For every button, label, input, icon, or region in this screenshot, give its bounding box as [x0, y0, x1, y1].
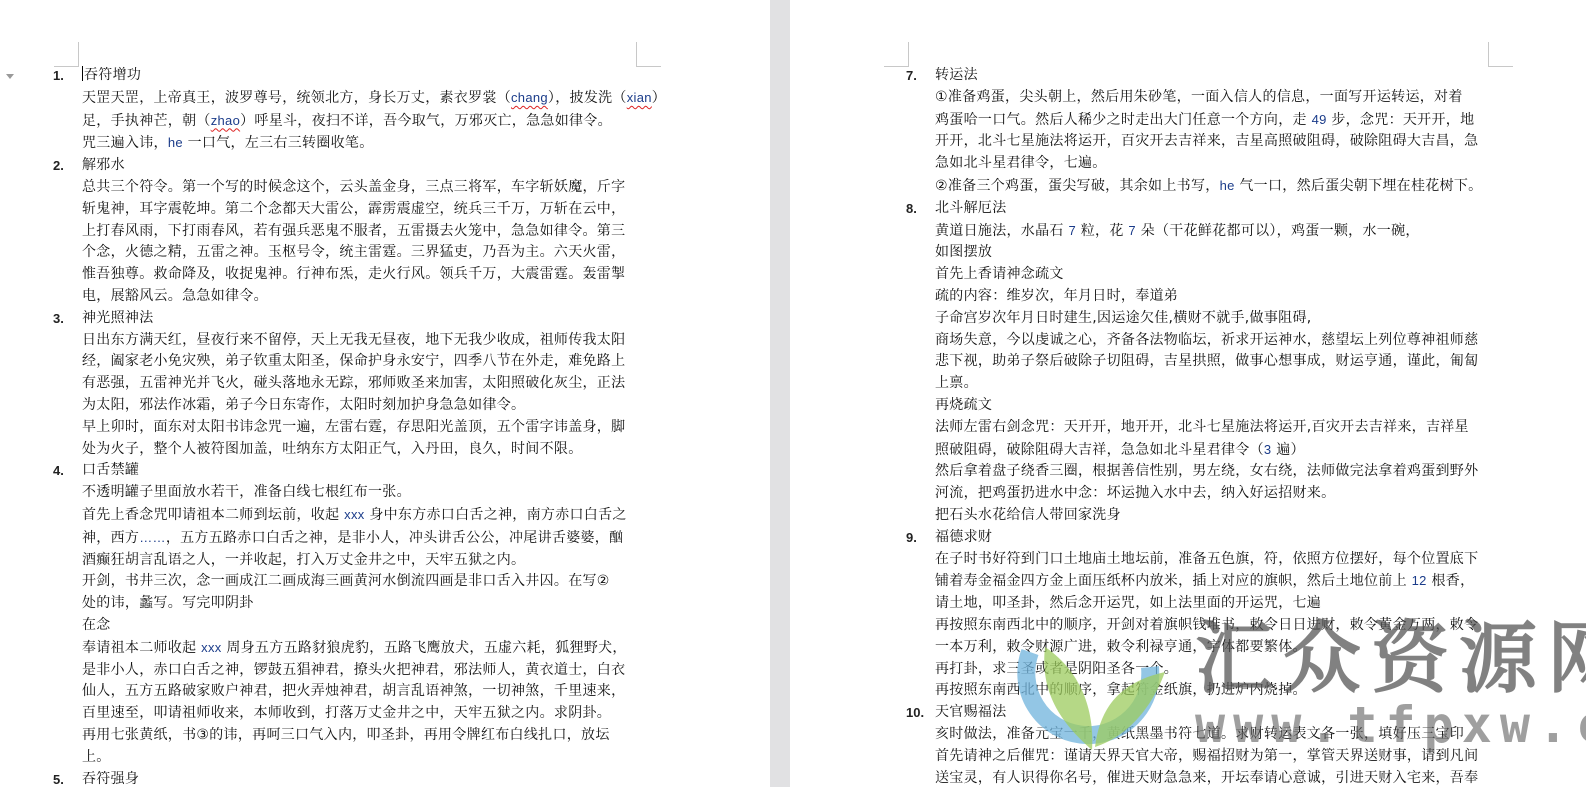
text-run: 一口气，左三右三转圈收笔。 [183, 135, 374, 151]
paragraph-line[interactable]: 再按照东南西北中的顺序，拿起符金纸旗，扔进炉内烧掉。 [935, 680, 1526, 702]
text-run: 经，阖家老小免灾殃，弟子钦重太阳圣，保命护身永安宁，四季八节在外走，难免路上 [82, 353, 625, 369]
paragraph-line[interactable]: 不透明罐子里面放水若干，准备白线七根红布一张。 [82, 482, 653, 504]
list-number: 2. [53, 155, 64, 177]
text-run: 在念 [82, 617, 111, 633]
list-number: 8. [906, 198, 917, 220]
paragraph-line[interactable]: 河流，把鸡蛋扔进水中念：坏运抛入水中去，纳入好运招财来。 [935, 483, 1526, 505]
paragraph-line[interactable]: 总共三个符令。第一个写的时候念这个，云头盖金身，三点三将军，车字斩妖魔，斤字 [82, 177, 653, 199]
section-title-text: 神光照神法 [82, 310, 154, 326]
page-gap [770, 0, 790, 787]
text-run: 百里速至，叩请祖师收来，本师收到，打落万丈金井之中，天牢五狱之内。求阴卦。 [82, 705, 611, 721]
text-run: 把石头水花给信人带回家洗身 [935, 507, 1121, 523]
list-item: 4.口舌禁罐不透明罐子里面放水若干，准备白线七根红布一张。首先上香念咒叩请祖本二… [53, 460, 653, 768]
paragraph-line[interactable]: 然后拿着盘子绕香三圈，根据善信性别，男左绕，女右绕，法师做完法拿着鸡蛋到野外 [935, 461, 1526, 483]
text-run: 惟吾独尊。救命降及，收捉鬼神。行神布炁，走火行风。领兵千万，大震雷霆。轰雷掣 [82, 266, 625, 282]
text-run: 鸡蛋哈一口气。然后人稀少之时走出大门任意一个方向，走 [935, 112, 1312, 128]
text-run: 再烧疏文 [935, 397, 992, 413]
paragraph-line[interactable]: 处的讳，蠡写。写完叩阴卦 [82, 593, 653, 615]
text-run: 在子时书好符到门口土地庙土地坛前，准备五色旗，符，依照方位摆好，每个位置底下 [935, 551, 1478, 567]
paragraph-line[interactable]: 悲下视，助弟子祭后破除子切阻碍，吉星拱照，做事心想事成，财运亨通，谨此，匍匐 [935, 351, 1526, 373]
list-item: 3.神光照神法日出东方满天红，昼夜行来不留停，天上无我无昼夜，地下无我少收成，祖… [53, 308, 653, 461]
text-run: 朵（干花鲜花都可以），鸡蛋一颗，水一碗， [1136, 223, 1420, 239]
paragraph-line[interactable]: 咒三遍入讳，he 一口气，左三右三转圈收笔。 [82, 132, 653, 155]
paragraph-line[interactable]: 再用七张黄纸，书③的讳，再呵三口气入内，叩圣卦，再用令牌红布白线扎口，放坛 [82, 725, 653, 747]
text-run: 粒，花 [1076, 223, 1128, 239]
text-run: 日出东方满天红，昼夜行来不留停，天上无我无昼夜，地下无我少收成，祖师传我太阳 [82, 332, 625, 348]
paragraph-line[interactable]: 天罡天罡，上帝真王，波罗尊号，统领北方，身长万丈，素衣罗裳（chang），披发洗… [82, 87, 653, 110]
latin-run: xian [627, 90, 652, 105]
section-title-text: 天官赐福法 [935, 704, 1007, 720]
section-title-text: 吞符增功 [84, 67, 141, 83]
paragraph-line[interactable]: 经，阖家老小免灾殃，弟子钦重太阳圣，保命护身永安宁，四季八节在外走，难免路上 [82, 351, 653, 373]
section-title[interactable]: 吞符强身 [82, 769, 653, 787]
list-item: 2.解邪水总共三个符令。第一个写的时候念这个，云头盖金身，三点三将军，车字斩妖魔… [53, 155, 653, 308]
text-run: ），披发洗（ [548, 90, 627, 106]
section-title-text: 解邪水 [82, 157, 125, 173]
section-title-text: 转运法 [935, 67, 978, 83]
paragraph-line[interactable]: 商场失意，今以虔诚之心，齐备各法物临坛，祈求开运神水，慈望坛上列位尊神祖师慈 [935, 330, 1526, 352]
text-run: 是非小人，赤口白舌之神，锣鼓五猖神君，撩头火把神君，邪法师人，黄衣道士，白衣 [82, 662, 625, 678]
paragraph-line[interactable]: 在子时书好符到门口土地庙土地坛前，准备五色旗，符，依照方位摆好，每个位置底下 [935, 549, 1526, 571]
text-run: 子命宫岁次年月日时建生,因运途欠佳,横财不就手,做事阻碍, [935, 310, 1312, 326]
text-run: 上。 [82, 749, 111, 765]
paragraph-line[interactable]: 首先上香念咒叩请祖本二师到坛前，收起 xxx 身中东方赤口白舌之神，南方赤口白舌… [82, 504, 653, 527]
paragraph-line[interactable]: 铺着寿金福金四方金上面压纸杯内放米，插上对应的旗帜，然后土地位前上 12 根香， [935, 570, 1526, 593]
text-run: 步，念咒：天开开，地 [1327, 112, 1475, 128]
paragraph-line[interactable]: 开剑，书井三次，念一画成江二画成海三画黄河水倒流四画是非口舌入井囚。在写② [82, 571, 653, 593]
margin-corner-top-left [54, 42, 79, 67]
text-run: 总共三个符令。第一个写的时候念这个，云头盖金身，三点三将军，车字斩妖魔，斤字 [82, 179, 625, 195]
latin-run: 7 [1068, 223, 1076, 238]
paragraph-line[interactable]: ①准备鸡蛋，尖头朝上，然后用朱砂笔，一面入信人的信息，一面写开运转运，对着 [935, 87, 1526, 109]
text-run: 足，手执神芒，朝（ [82, 113, 211, 129]
latin-run: xxx [344, 507, 364, 522]
paragraph-line[interactable]: ②准备三个鸡蛋，蛋尖写破，其余如上书写，he 气一口，然后蛋尖朝下埋在桂花树下。 [935, 175, 1526, 198]
paragraph-line[interactable]: 如图摆放 [935, 242, 1526, 264]
paragraph-line[interactable]: 在念 [82, 615, 653, 637]
text-run: 气一口，然后蛋尖朝下埋在桂花树下。 [1235, 178, 1483, 194]
list-item: 1.吞符增功天罡天罡，上帝真王，波罗尊号，统领北方，身长万丈，素衣罗裳（chan… [53, 65, 653, 155]
text-run: 神，西方 [82, 530, 139, 546]
text-run: 上打春风雨，下打雨春风，若有强兵恶鬼不服者，五雷摄去火笼中，急急如律令。第三 [82, 223, 625, 239]
text-run: 上禀。 [935, 375, 978, 391]
text-run: 亥时做法，准备元宝一千，黄纸黑墨书符七道。求财转运表文各一张，填好压三宝印 [935, 726, 1464, 742]
text-run: 首先上香请神念疏文 [935, 266, 1064, 282]
paragraph-line[interactable]: 开开，北斗七星施法将运开，百灾开去吉祥来，吉星高照破阻碍，破除阻碍大吉昌，急 [935, 131, 1526, 153]
text-run: 酒癫狂胡言乱语之人，一并收起，打入万丈金井之中，天牢五狱之内。 [82, 552, 525, 568]
text-run: 个念，火德之精，五雷之神。玉枢号令，统主雷霆。三界猛吏，乃吾为主。六天火雷， [82, 244, 625, 260]
latin-run: 7 [1128, 223, 1136, 238]
paragraph-line[interactable]: 日出东方满天红，昼夜行来不留停，天上无我无昼夜，地下无我少收成，祖师传我太阳 [82, 330, 653, 352]
text-run: 铺着寿金福金四方金上面压纸杯内放米，插上对应的旗帜，然后土地位前上 [935, 573, 1412, 589]
numbered-list: 7.转运法①准备鸡蛋，尖头朝上，然后用朱砂笔，一面入信人的信息，一面写开运转运，… [906, 65, 1526, 787]
text-run: 有恶强，五雷神光并飞火，碰头落地永无踪，邪师败圣来加害，太阳照破化灰尘，正法 [82, 375, 625, 391]
text-run: ，五方五路赤口白舌之神，是非小人，冲头讲舌公公，冲尾讲舌婆婆，酗 [166, 530, 624, 546]
text-run: 首先上香念咒叩请祖本二师到坛前，收起 [82, 507, 344, 523]
text-run: 如图摆放 [935, 244, 992, 260]
text-run: 法师左雷右剑念咒：天开开，地开开，北斗七星施法将运开,百灾开去吉祥来，吉祥星 [935, 419, 1469, 435]
text-run: 再按照东南西北中的顺序，拿起符金纸旗，扔进炉内烧掉。 [935, 682, 1307, 698]
text-run: 仙人，五方五路破家败户神君，把火弄烛神君，胡言乱语神煞，一切神煞，千里速来， [82, 683, 625, 699]
text-run: 急如北斗星君律令，七遍。 [935, 155, 1107, 171]
list-number: 9. [906, 527, 917, 549]
section-title[interactable]: 吞符增功 [82, 65, 653, 87]
paragraph-line[interactable]: 仙人，五方五路破家败户神君，把火弄烛神君，胡言乱语神煞，一切神煞，千里速来， [82, 681, 653, 703]
latin-run: …… [139, 530, 166, 545]
paragraph-line[interactable]: 上打春风雨，下打雨春风，若有强兵恶鬼不服者，五雷摄去火笼中，急急如律令。第三 [82, 221, 653, 243]
text-run: 照破阻碍，破除阻碍大吉祥，急急如北斗星君律令（ [935, 442, 1264, 458]
text-run: 早上卯时，面东对太阳书讳念咒一遍，左雷右霆，存思阳光盖顶，五个雷字讳盖身，脚 [82, 419, 625, 435]
text-run: 河流，把鸡蛋扔进水中念：坏运抛入水中去，纳入好运招财来。 [935, 485, 1335, 501]
text-run: 为太阳，邪法作冰霜，弟子今日东寄作，太阳时刻加护身急急如律令。 [82, 397, 525, 413]
paragraph-line[interactable]: 斩鬼神，耳字震乾坤。第二个念都天大雷公，霹雳震虚空，统兵三千万，万斩在云中， [82, 199, 653, 221]
list-number: 4. [53, 460, 64, 482]
text-run: 然后拿着盘子绕香三圈，根据善信性别，男左绕，女右绕，法师做完法拿着鸡蛋到野外 [935, 463, 1478, 479]
paragraph-line[interactable]: 酒癫狂胡言乱语之人，一并收起，打入万丈金井之中，天牢五狱之内。 [82, 550, 653, 572]
section-title-text: 口舌禁罐 [82, 462, 139, 478]
paragraph-line[interactable]: 足，手执神芒，朝（zhao）呼星斗，夜扫不详，吾今取气，万邪灭亡，急急如律令。 [82, 110, 653, 133]
paragraph-line[interactable]: 惟吾独尊。救命降及，收捉鬼神。行神布炁，走火行风。领兵千万，大震雷霆。轰雷掣 [82, 264, 653, 286]
text-run: 再按照东南西北中的顺序，开剑对着旗帜钱堆书，敕令日日进财，敕令黄金万两，敕令 [935, 617, 1478, 633]
text-run: 处的讳，蠡写。写完叩阴卦 [82, 595, 254, 611]
text-run: 黄道日施法，水晶石 [935, 223, 1068, 239]
text-run: 一本万利，敕令财源广进，敕令利禄亨通，字体都要繁体。 [935, 639, 1307, 655]
latin-run: chang [511, 90, 548, 105]
text-run: 处为火子，整个人被符图加盖，吐纳东方太阳正气，入丹田，良久，时间不限。 [82, 441, 583, 457]
latin-run: 12 [1412, 573, 1427, 588]
section-title[interactable]: 转运法 [935, 65, 1526, 87]
section-title[interactable]: 神光照神法 [82, 308, 653, 330]
paragraph-line[interactable]: 上。 [82, 747, 653, 769]
paragraph-line[interactable]: 疏的内容：维岁次，年月日时，奉道弟 [935, 286, 1526, 308]
margin-corner-top-left [884, 42, 909, 67]
text-run: 遍） [1271, 442, 1304, 458]
section-title[interactable]: 福德求财 [935, 527, 1526, 549]
text-run: 根香， [1427, 573, 1475, 589]
list-number: 1. [53, 65, 64, 87]
text-run: 请土地，叩圣卦，然后念开运咒，如上法里面的开运咒，七遍 [935, 595, 1321, 611]
paragraph-line[interactable]: 是非小人，赤口白舌之神，锣鼓五猖神君，撩头火把神君，邪法师人，黄衣道士，白衣 [82, 660, 653, 682]
text-run: 开开，北斗七星施法将运开，百灾开去吉祥来，吉星高照破阻碍，破除阻碍大吉昌，急 [935, 133, 1478, 149]
paragraph-line[interactable]: 个念，火德之精，五雷之神。玉枢号令，统主雷霆。三界猛吏，乃吾为主。六天火雷， [82, 242, 653, 264]
latin-run: zhao [211, 113, 240, 128]
text-run: 首先请神之后催咒：谨请天界天官大帝，赐福招财为第一，掌管天界送财事，请到凡间 [935, 748, 1478, 764]
list-number: 7. [906, 65, 917, 87]
paragraph-line[interactable]: 再烧疏文 [935, 395, 1526, 417]
paragraph-line[interactable]: 亥时做法，准备元宝一千，黄纸黑墨书符七道。求财转运表文各一张，填好压三宝印 [935, 724, 1526, 746]
paragraph-line[interactable]: 百里速至，叩请祖师收来，本师收到，打落万丈金井之中，天牢五狱之内。求阴卦。 [82, 703, 653, 725]
paragraph-line[interactable]: 为太阳，邪法作冰霜，弟子今日东寄作，太阳时刻加护身急急如律令。 [82, 395, 653, 417]
text-run: 咒三遍入讳， [82, 135, 168, 151]
paragraph-line[interactable]: 再打卦，求三圣或者是阴阳圣各一个。 [935, 659, 1526, 681]
paragraph-line[interactable]: 上禀。 [935, 373, 1526, 395]
text-run: 送宝灵，有人识得你名号，催进天财急急来，开坛奉请心意诚，引进天财入宅来，吾奉 [935, 770, 1478, 786]
paragraph-line[interactable]: 把石头水花给信人带回家洗身 [935, 505, 1526, 527]
section-title-text: 北斗解厄法 [935, 200, 1007, 216]
text-run: 悲下视，助弟子祭后破除子切阻碍，吉星拱照，做事心想事成，财运亨通，谨此，匍匐 [935, 353, 1478, 369]
list-item: 7.转运法①准备鸡蛋，尖头朝上，然后用朱砂笔，一面入信人的信息，一面写开运转运，… [906, 65, 1526, 198]
latin-run: xxx [201, 640, 221, 655]
text-run: ②准备三个鸡蛋，蛋尖写破，其余如上书写， [935, 178, 1220, 194]
margin-corner-top-right [636, 42, 661, 67]
document-page-left[interactable]: 1.吞符增功天罡天罡，上帝真王，波罗尊号，统领北方，身长万丈，素衣罗裳（chan… [0, 0, 770, 787]
text-run: 疏的内容：维岁次，年月日时，奉道弟 [935, 288, 1178, 304]
latin-run: 49 [1312, 112, 1327, 127]
paragraph-line[interactable]: 送宝灵，有人识得你名号，催进天财急急来，开坛奉请心意诚，引进天财入宅来，吾奉 [935, 768, 1526, 787]
document-page-right[interactable]: 7.转运法①准备鸡蛋，尖头朝上，然后用朱砂笔，一面入信人的信息，一面写开运转运，… [790, 0, 1586, 787]
latin-run: he [1220, 178, 1235, 193]
paragraph-line[interactable]: 首先上香请神念疏文 [935, 264, 1526, 286]
text-run: 斩鬼神，耳字震乾坤。第二个念都天大雷公，霹雳震虚空，统兵三千万，万斩在云中， [82, 201, 625, 217]
text-run: 开剑，书井三次，念一画成江二画成海三画黄河水倒流四画是非口舌入井囚。在写② [82, 573, 610, 589]
paragraph-line[interactable]: 黄道日施法，水晶石 7 粒，花 7 朵（干花鲜花都可以），鸡蛋一颗，水一碗， [935, 220, 1526, 243]
paragraph-line[interactable]: 一本万利，敕令财源广进，敕令利禄亨通，字体都要繁体。 [935, 637, 1526, 659]
paragraph-line[interactable]: 神，西方……，五方五路赤口白舌之神，是非小人，冲头讲舌公公，冲尾讲舌婆婆，酗 [82, 527, 653, 550]
paragraph-line[interactable]: 子命宫岁次年月日时建生,因运途欠佳,横财不就手,做事阻碍, [935, 308, 1526, 330]
list-item: 9.福德求财在子时书好符到门口土地庙土地坛前，准备五色旗，符，依照方位摆好，每个… [906, 527, 1526, 702]
paragraph-line[interactable]: 鸡蛋哈一口气。然后人稀少之时走出大门任意一个方向，走 49 步，念咒：天开开，地 [935, 109, 1526, 132]
section-title[interactable]: 口舌禁罐 [82, 460, 653, 482]
paragraph-line[interactable]: 早上卯时，面东对太阳书讳念咒一遍，左雷右霆，存思阳光盖顶，五个雷字讳盖身，脚 [82, 417, 653, 439]
paragraph-line[interactable]: 急如北斗星君律令，七遍。 [935, 153, 1526, 175]
section-title[interactable]: 北斗解厄法 [935, 198, 1526, 220]
section-title-text: 福德求财 [935, 529, 992, 545]
paragraph-line[interactable]: 电，展豁风云。急急如律令。 [82, 286, 653, 308]
list-number: 3. [53, 308, 64, 330]
text-run: 商场失意，今以虔诚之心，齐备各法物临坛，祈求开运神水，慈望坛上列位尊神祖师慈 [935, 332, 1478, 348]
text-run: 天罡天罡，上帝真王，波罗尊号，统领北方，身长万丈，素衣罗裳（ [82, 90, 511, 106]
margin-corner-top-right [1488, 42, 1513, 67]
text-run: 身中东方赤口白舌之神，南方赤口白舌之 [365, 507, 627, 523]
list-number: 5. [53, 769, 64, 787]
collapse-heading-arrow-icon[interactable] [6, 74, 14, 79]
text-run: 不透明罐子里面放水若干，准备白线七根红布一张。 [82, 484, 411, 500]
text-run: ）呼星斗，夜扫不详，吾今取气，万邪灭亡，急急如律令。 [240, 113, 612, 129]
section-title[interactable]: 解邪水 [82, 155, 653, 177]
paragraph-line[interactable]: 奉请祖本二师收起 xxx 周身五方五路豺狼虎豹，五路飞鹰放犬，五虚六耗，狐狸野犬… [82, 637, 653, 660]
text-run: 电，展豁风云。急急如律令。 [82, 288, 268, 304]
section-title-text: 吞符强身 [82, 771, 139, 787]
paragraph-line[interactable]: 首先请神之后催咒：谨请天界天官大帝，赐福招财为第一，掌管天界送财事，请到凡间 [935, 746, 1526, 768]
list-number: 10. [906, 702, 924, 724]
list-item: 5.吞符强身 [53, 769, 653, 787]
text-run: ） [652, 90, 666, 106]
paragraph-line[interactable]: 照破阻碍，破除阻碍大吉祥，急急如北斗星君律令（3 遍） [935, 439, 1526, 462]
paragraph-line[interactable]: 请土地，叩圣卦，然后念开运咒，如上法里面的开运咒，七遍 [935, 593, 1526, 615]
numbered-list: 1.吞符增功天罡天罡，上帝真王，波罗尊号，统领北方，身长万丈，素衣罗裳（chan… [53, 65, 653, 787]
text-cursor [82, 66, 83, 81]
section-title[interactable]: 天官赐福法 [935, 702, 1526, 724]
paragraph-line[interactable]: 法师左雷右剑念咒：天开开，地开开，北斗七星施法将运开,百灾开去吉祥来，吉祥星 [935, 417, 1526, 439]
list-item: 10.天官赐福法亥时做法，准备元宝一千，黄纸黑墨书符七道。求财转运表文各一张，填… [906, 702, 1526, 787]
text-run: 再用七张黄纸，书③的讳，再呵三口气入内，叩圣卦，再用令牌红布白线扎口，放坛 [82, 727, 610, 743]
text-run: 周身五方五路豺狼虎豹，五路飞鹰放犬，五虚六耗，狐狸野犬， [222, 640, 627, 656]
paragraph-line[interactable]: 再按照东南西北中的顺序，开剑对着旗帜钱堆书，敕令日日进财，敕令黄金万两，敕令 [935, 615, 1526, 637]
latin-run: he [168, 135, 183, 150]
paragraph-line[interactable]: 处为火子，整个人被符图加盖，吐纳东方太阳正气，入丹田，良久，时间不限。 [82, 439, 653, 461]
text-run: 再打卦，求三圣或者是阴阳圣各一个。 [935, 661, 1178, 677]
list-item: 8.北斗解厄法黄道日施法，水晶石 7 粒，花 7 朵（干花鲜花都可以），鸡蛋一颗… [906, 198, 1526, 527]
text-run: 奉请祖本二师收起 [82, 640, 201, 656]
text-run: ①准备鸡蛋，尖头朝上，然后用朱砂笔，一面入信人的信息，一面写开运转运，对着 [935, 89, 1463, 105]
paragraph-line[interactable]: 有恶强，五雷神光并飞火，碰头落地永无踪，邪师败圣来加害，太阳照破化灰尘，正法 [82, 373, 653, 395]
